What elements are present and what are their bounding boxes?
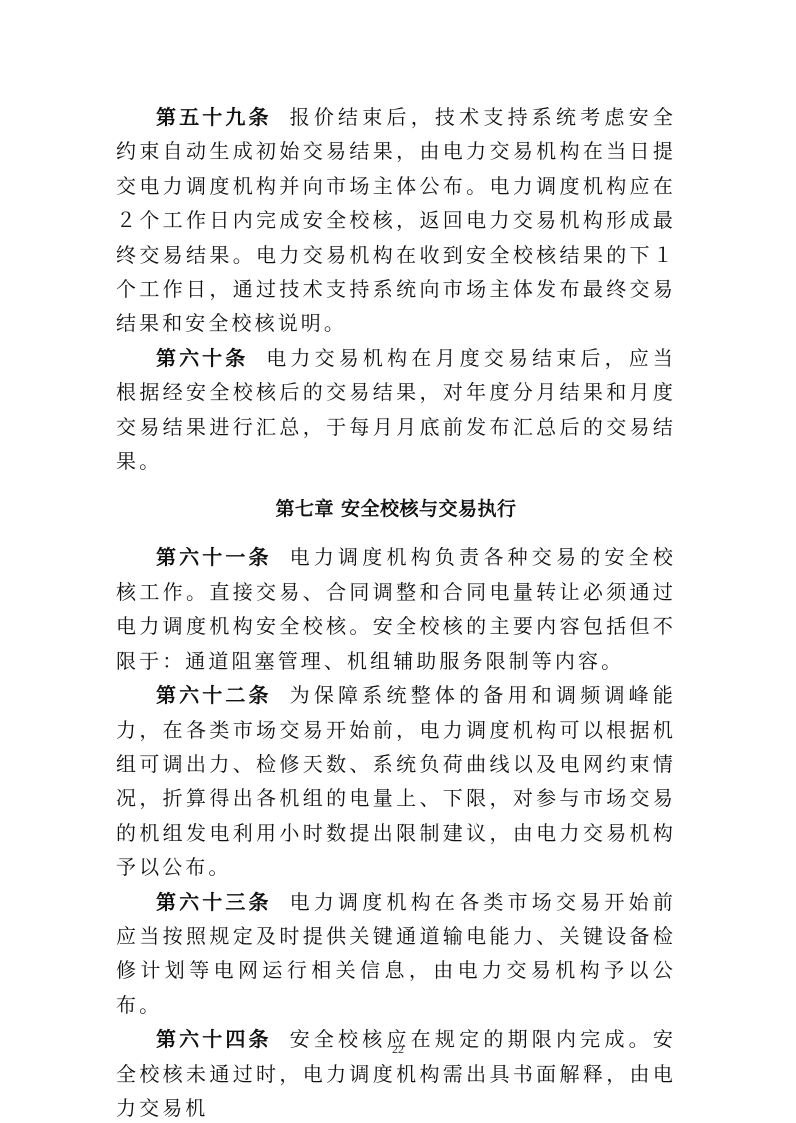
article-62: 第六十二条为保障系统整体的备用和调频调峰能力，在各类市场交易开始前，电力调度机构…	[116, 678, 676, 884]
article-61: 第六十一条电力调度机构负责各种交易的安全校核工作。直接交易、合同调整和合同电量转…	[116, 540, 676, 678]
article-64: 第六十四条安全校核应在规定的期限内完成。安全校核未通过时，电力调度机构需出具书面…	[116, 1022, 676, 1123]
article-label: 第六十二条	[156, 683, 272, 707]
page-number: 22	[0, 1042, 796, 1057]
article-label: 第五十九条	[156, 105, 272, 129]
article-label: 第六十条	[156, 346, 248, 370]
article-label: 第六十三条	[156, 890, 272, 914]
article-label: 第六十一条	[156, 545, 272, 569]
article-63: 第六十三条电力调度机构在各类市场交易开始前应当按照规定及时提供关键通道输电能力、…	[116, 885, 676, 1023]
article-text: 为保障系统整体的备用和调频调峰能力，在各类市场交易开始前，电力调度机构可以根据机…	[116, 683, 676, 879]
document-page: 第五十九条报价结束后，技术支持系统考虑安全约束自动生成初始交易结果，由电力交易机…	[116, 100, 676, 1123]
chapter-heading: 第七章 安全校核与交易执行	[116, 478, 676, 540]
article-59: 第五十九条报价结束后，技术支持系统考虑安全约束自动生成初始交易结果，由电力交易机…	[116, 100, 676, 341]
article-60: 第六十条电力交易机构在月度交易结束后，应当根据经安全校核后的交易结果，对年度分月…	[116, 341, 676, 479]
article-text: 报价结束后，技术支持系统考虑安全约束自动生成初始交易结果，由电力交易机构在当日提…	[116, 105, 676, 335]
